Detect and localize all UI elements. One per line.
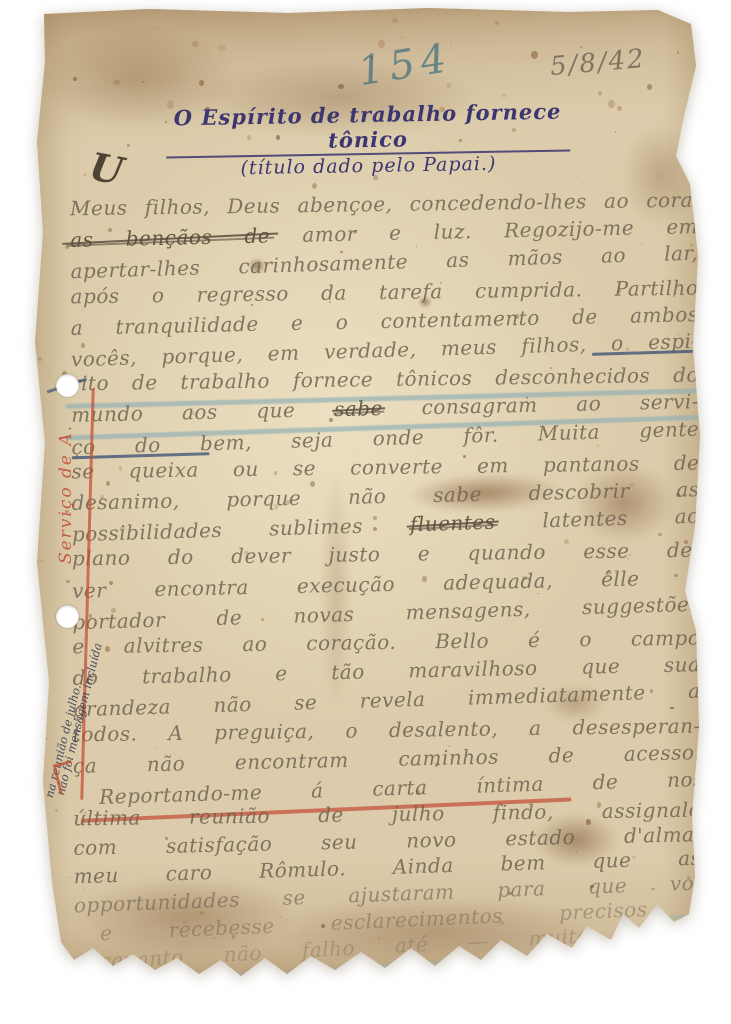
struck-text: as bençãos de	[70, 224, 270, 252]
blue-pencil-underline	[88, 976, 690, 1009]
photo-backdrop: 154 5/8/42 O Espírito de trabalho fornec…	[0, 0, 731, 1024]
handwritten-text: mundo aos que	[71, 398, 296, 427]
manuscript-page: 154 5/8/42 O Espírito de trabalho fornec…	[28, 6, 712, 988]
manuscript-paper-wrap: 154 5/8/42 O Espírito de trabalho fornec…	[0, 0, 731, 1024]
struck-text: sabe	[334, 396, 383, 421]
handwritten-text: consagram ao servi-	[421, 390, 699, 420]
struck-text: fluentes	[410, 510, 496, 537]
title-block: O Espírito de trabalho fornece tônico (t…	[165, 98, 570, 180]
document-title: O Espírito de trabalho fornece tônico	[165, 98, 570, 158]
punch-hole-bottom	[56, 605, 79, 628]
red-margin-note: Serviço de A.	[56, 394, 76, 594]
punch-hole-top	[56, 374, 79, 397]
handwritten-text: latentes ao	[542, 504, 700, 533]
